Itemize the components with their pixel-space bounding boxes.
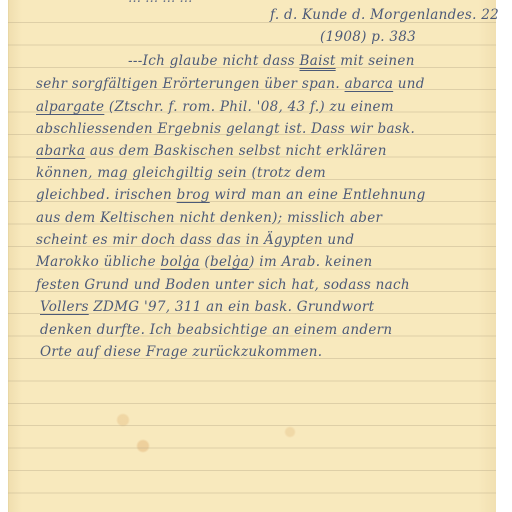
- underlined-name-baist: Baist: [300, 53, 336, 69]
- body-line-1: ---Ich glaube nicht dass Baist mit seine…: [128, 52, 415, 70]
- body-line-13: denken durfte. Ich beabsichtige an einem…: [40, 321, 392, 339]
- source-line-1: f. d. Kunde d. Morgenlandes. 22: [270, 6, 499, 24]
- underlined-name-vollers: Vollers: [40, 299, 89, 315]
- body-line-10: Marokko übliche bolġa (belġa) im Arab. k…: [36, 253, 373, 271]
- body-line-11: festen Grund und Boden unter sich hat, s…: [36, 276, 410, 294]
- body-line-3: alpargate (Ztschr. f. rom. Phil. '08, 43…: [36, 98, 394, 116]
- manuscript-page: … … … … f. d. Kunde d. Morgenlandes. 22 …: [8, 0, 496, 512]
- body-line-7: gleichbed. irischen brog wird man an ein…: [36, 186, 426, 204]
- underlined-word-bolga: bolġa: [161, 254, 200, 270]
- source-line-2: (1908) p. 383: [320, 28, 416, 46]
- underlined-word-abarca: abarca: [345, 76, 394, 92]
- underlined-word-brog: brog: [177, 187, 210, 203]
- underlined-word-belga: belġa: [210, 254, 249, 270]
- body-line-12: Vollers ZDMG '97, 311 an ein bask. Grund…: [40, 298, 374, 316]
- body-line-6: können, mag gleichgiltig sein (trotz dem: [36, 164, 326, 182]
- body-line-9: scheint es mir doch dass das in Ägypten …: [36, 231, 354, 249]
- body-line-4: abschliessenden Ergebnis gelangt ist. Da…: [36, 120, 415, 138]
- body-line-14: Orte auf diese Frage zurückzukommen.: [40, 343, 322, 361]
- cut-off-top-line: … … … …: [128, 0, 192, 6]
- underlined-word-alpargate: alpargate: [36, 99, 104, 115]
- body-line-8: aus dem Keltischen nicht denken); missli…: [36, 209, 382, 227]
- body-line-2: sehr sorgfältigen Erörterungen über span…: [36, 75, 425, 93]
- underlined-word-abarka: abarka: [36, 143, 85, 159]
- body-line-5: abarka aus dem Baskischen selbst nicht e…: [36, 142, 387, 160]
